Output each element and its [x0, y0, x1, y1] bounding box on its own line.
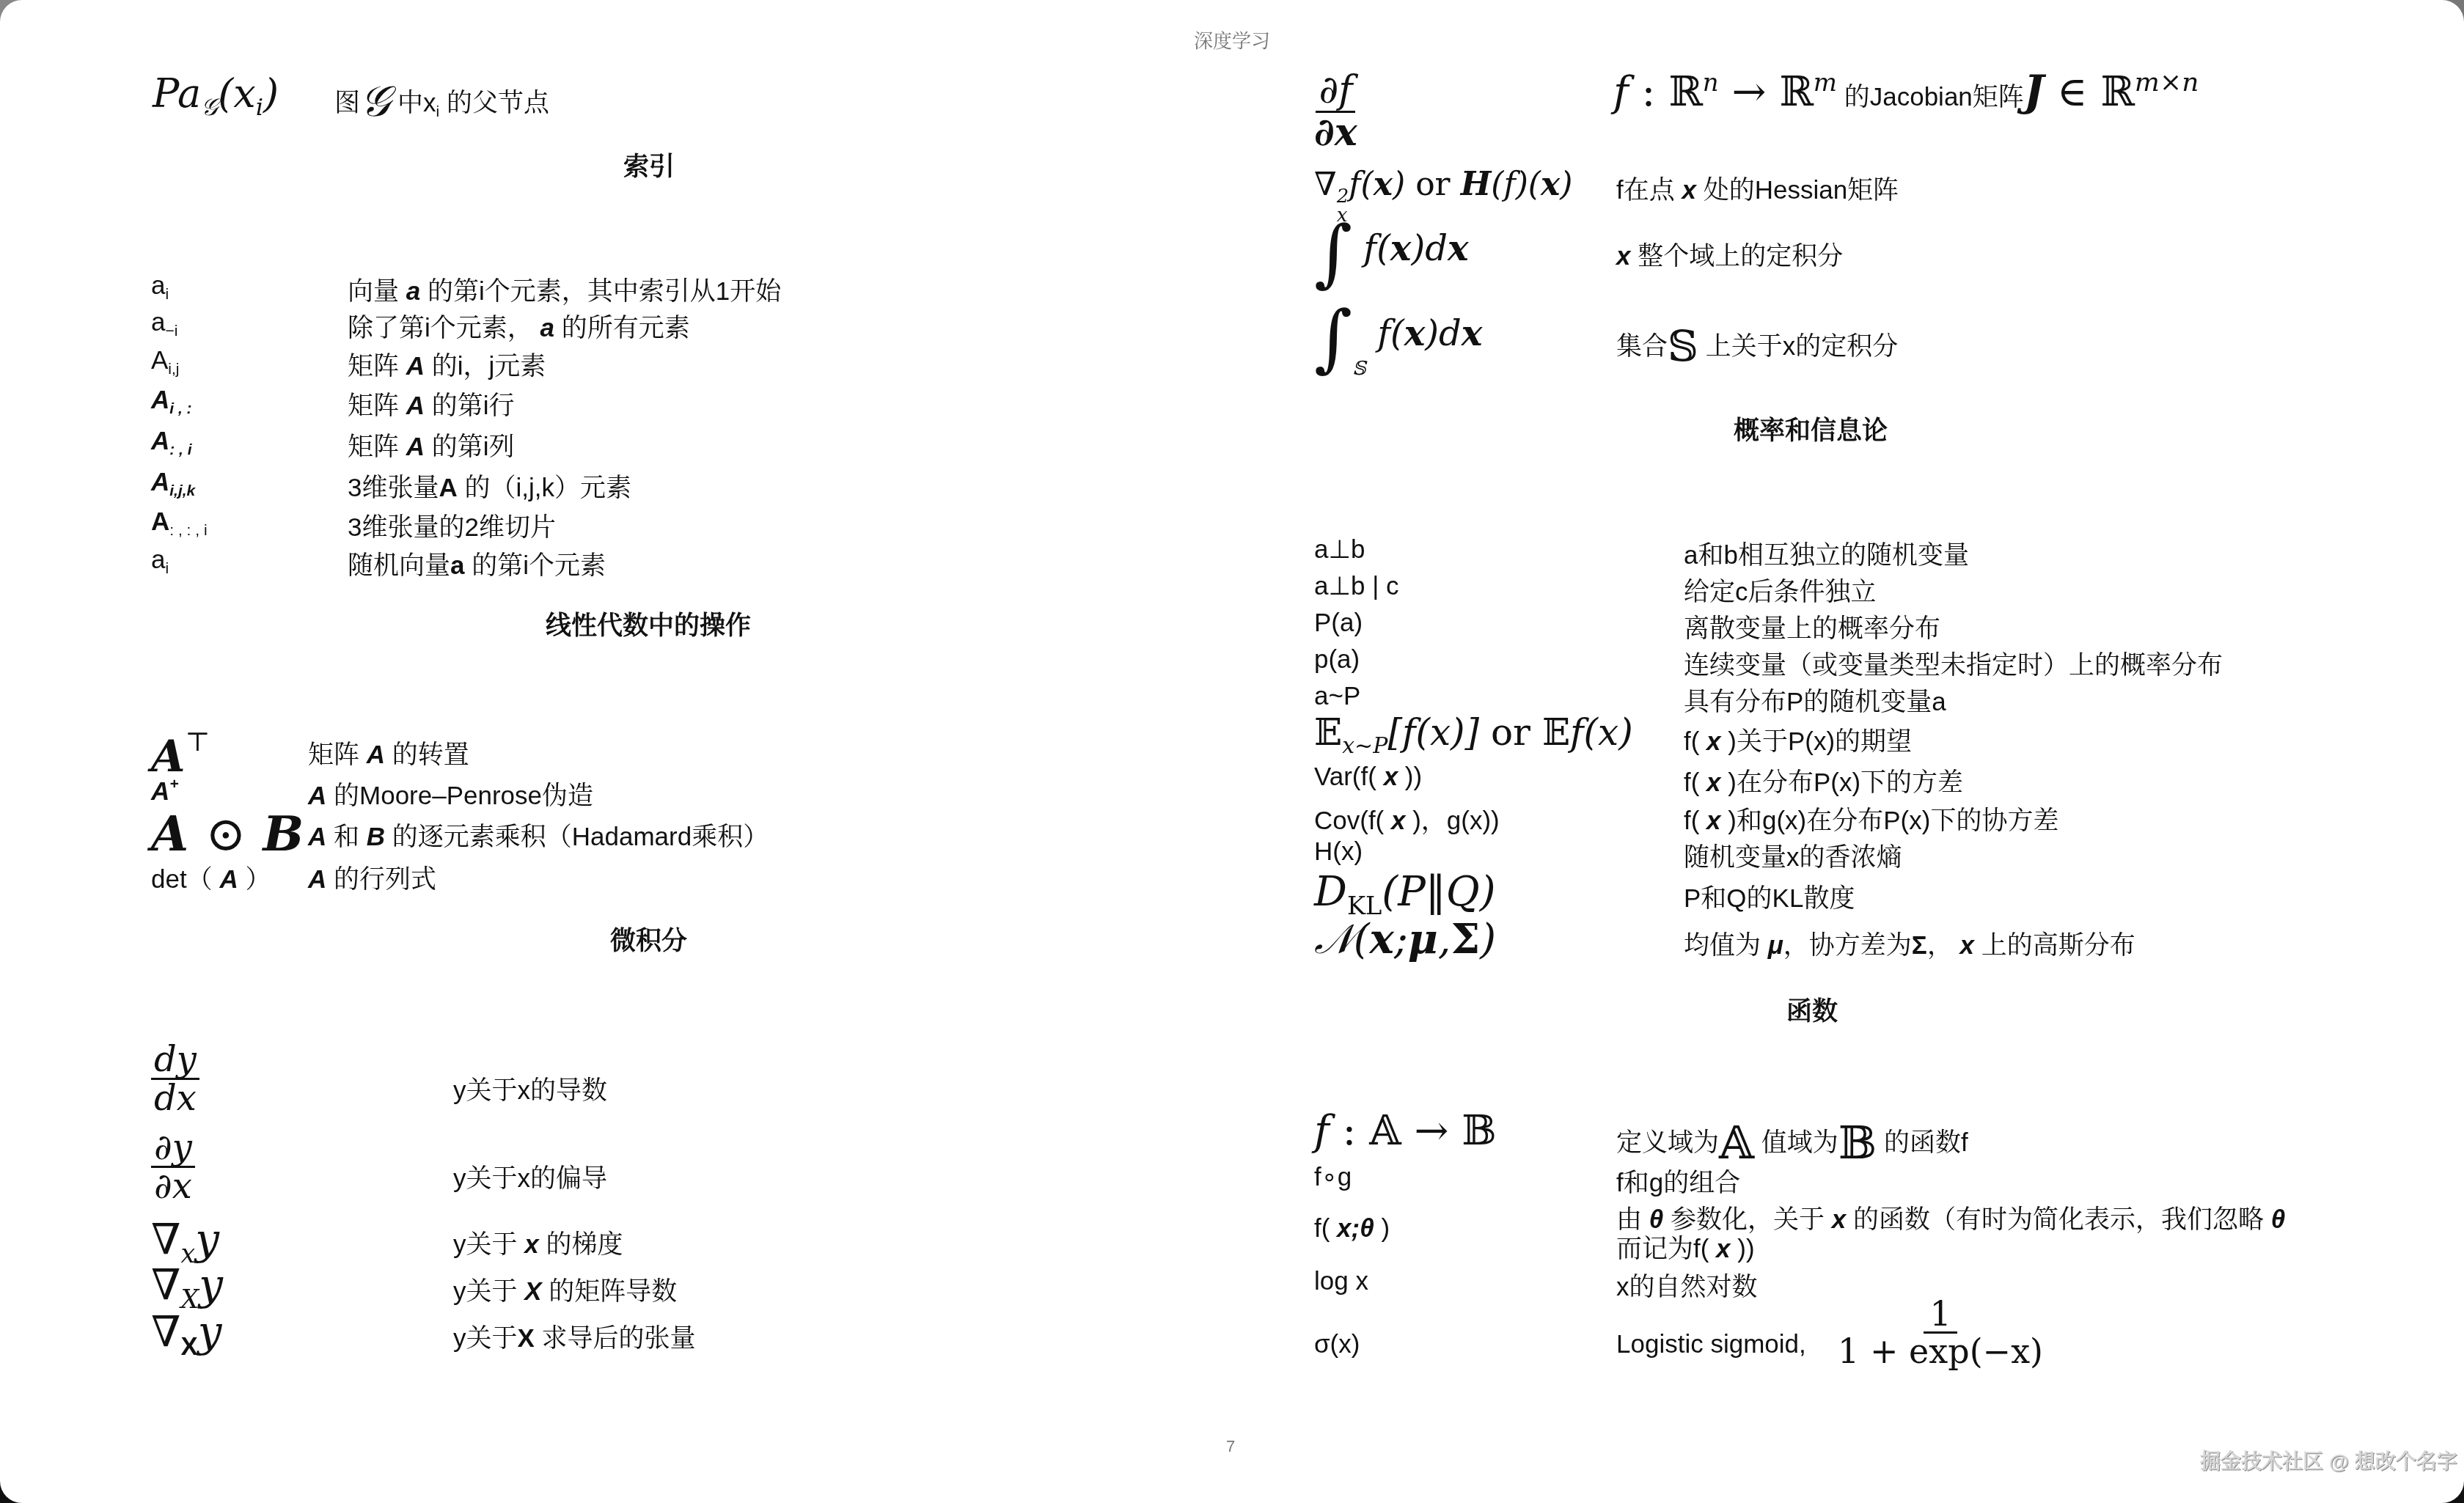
index-desc: 随机向量a 的第i个元素	[348, 545, 606, 582]
integral-desc: x 整个域上的定积分	[1616, 236, 1843, 273]
index-desc: 向量 a 的第i个元素，其中索引从1开始	[348, 271, 781, 308]
index-symbol: a−i	[151, 308, 177, 340]
func-symbol: σ(x)	[1314, 1330, 1360, 1359]
prob-desc: 随机变量x的香浓熵	[1684, 837, 1902, 874]
index-symbol: Ai,j,k	[151, 468, 195, 500]
calc-desc: y关于X 求导后的张量	[453, 1318, 696, 1355]
prob-desc: P和Q的KL散度	[1684, 878, 1855, 915]
func-symbol: f∘g	[1314, 1163, 1352, 1192]
la-symbol: A ⊙ B	[151, 805, 304, 862]
func-desc-cont: 而记为f( x ))	[1616, 1229, 1755, 1265]
section-title-index: 索引	[623, 147, 675, 183]
prob-desc: 均值为 μ，协方差为Σ， x 上的高斯分布	[1684, 925, 2135, 962]
section-title-probability: 概率和信息论	[1734, 411, 1888, 447]
calc-desc: y关于x的导数	[453, 1070, 607, 1107]
func-symbol: log x	[1314, 1267, 1368, 1296]
desc-parent-nodes: 图𝒢 中xi 的父节点	[334, 76, 549, 127]
hessian-desc: f在点 x 处的Hessian矩阵	[1616, 170, 1899, 207]
set-integral-symbol: ∫𝕊 f(x)dx	[1314, 295, 1482, 381]
prob-desc: f( x )在分布P(x)下的方差	[1684, 762, 1963, 799]
la-symbol: det（ A ）	[151, 859, 271, 896]
prob-desc: f( x )关于P(x)的期望	[1684, 721, 1912, 758]
index-symbol: ai	[151, 545, 169, 578]
func-desc: x的自然对数	[1616, 1267, 1758, 1304]
running-header: 深度学习	[1194, 26, 1270, 54]
set-integral-desc: 集合𝕊 上关于x的定积分	[1616, 321, 1898, 371]
index-symbol: Ai , :	[151, 386, 192, 418]
watermark: 掘金技术社区 @ 想改个名字	[2200, 1446, 2457, 1475]
calc-symbol: dydx	[151, 1041, 199, 1117]
index-desc: 3维张量A 的（i,j,k）元素	[348, 468, 631, 504]
prob-desc: 具有分布P的随机变量a	[1684, 682, 1946, 719]
la-desc: 矩阵 A 的转置	[308, 735, 469, 771]
prob-desc: 连续变量（或变量类型未指定时）上的概率分布	[1684, 645, 2223, 682]
symbol-parent-nodes: Pa𝒢(xi)	[153, 70, 279, 122]
prob-symbol: H(x)	[1314, 837, 1363, 867]
index-desc: 除了第i个元素， a 的所有元素	[348, 308, 690, 345]
prob-symbol-kl: DKL(P‖Q)	[1314, 868, 1496, 920]
jacobian-symbol: ∂f∂x	[1314, 70, 1357, 152]
func-desc: f和g的组合	[1616, 1163, 1740, 1199]
calc-symbol: ∂y∂x	[151, 1129, 195, 1205]
index-symbol: ai	[151, 271, 169, 304]
prob-desc: 给定c后条件独立	[1684, 572, 1877, 609]
prob-symbol: a⊥b	[1314, 535, 1365, 565]
index-desc: 矩阵 A 的第i行	[348, 386, 515, 422]
func-symbol: f : 𝔸 → 𝔹	[1314, 1107, 1497, 1155]
func-symbol: f( x;θ )	[1314, 1214, 1390, 1243]
prob-symbol-expectation: 𝔼x~P[f(x)] or 𝔼f(x)	[1314, 711, 1633, 759]
jacobian-desc: f : ℝn → ℝm 的Jacobian矩阵J ∈ ℝm×n	[1613, 66, 2199, 116]
prob-symbol-gaussian: 𝒩(x;μ,Σ)	[1314, 915, 1496, 964]
document-page: 深度学习 Pa𝒢(xi) 图𝒢 中xi 的父节点 索引 ai 向量 a 的第i个…	[0, 0, 2464, 1503]
la-symbol: A⊤	[151, 727, 210, 782]
calc-desc: y关于 X 的矩阵导数	[453, 1271, 677, 1308]
section-title-calculus: 微积分	[610, 921, 687, 958]
prob-desc: f( x )和g(x)在分布P(x)下的协方差	[1684, 801, 2058, 837]
la-desc: A 的Moore–Penrose伪造	[308, 776, 593, 812]
la-desc: A 的行列式	[308, 859, 436, 896]
index-symbol: Ai,j	[151, 346, 180, 378]
la-symbol: A+	[151, 776, 179, 806]
calc-desc: y关于 x 的梯度	[453, 1224, 623, 1261]
index-desc: 矩阵 A 的第i列	[348, 427, 515, 463]
sigmoid-fraction: 11 + exp(−x)	[1838, 1296, 2043, 1370]
prob-desc: 离散变量上的概率分布	[1684, 609, 1940, 645]
prob-symbol: Var(f( x ))	[1314, 762, 1422, 792]
section-title-linear-algebra: 线性代数中的操作	[546, 606, 751, 642]
page-number: 7	[1226, 1437, 1235, 1456]
func-desc: 定义域为𝔸 值域为𝔹 的函数f	[1616, 1116, 1968, 1169]
prob-symbol: Cov(f( x )，g(x))	[1314, 801, 1500, 837]
prob-symbol: a⊥b | c	[1314, 572, 1398, 601]
integral-symbol: ∫ f(x)dx	[1314, 210, 1469, 295]
la-desc: A 和 B 的逐元素乘积（Hadamard乘积）	[308, 817, 769, 853]
prob-symbol: P(a)	[1314, 609, 1363, 638]
index-symbol: A: , : , i	[151, 507, 208, 540]
index-desc: 3维张量的2维切片	[348, 507, 556, 544]
prob-desc: a和b相互独立的随机变量	[1684, 535, 1969, 572]
prob-symbol: a~P	[1314, 682, 1360, 711]
prob-symbol: p(a)	[1314, 645, 1360, 675]
calc-desc: y关于x的偏导	[453, 1158, 607, 1195]
index-symbol: A: , i	[151, 427, 192, 459]
func-desc: Logistic sigmoid,	[1616, 1330, 1806, 1359]
index-desc: 矩阵 A 的i，j元素	[348, 346, 546, 383]
section-title-functions: 函数	[1786, 991, 1838, 1028]
calc-symbol: ∇Xy	[151, 1307, 222, 1361]
